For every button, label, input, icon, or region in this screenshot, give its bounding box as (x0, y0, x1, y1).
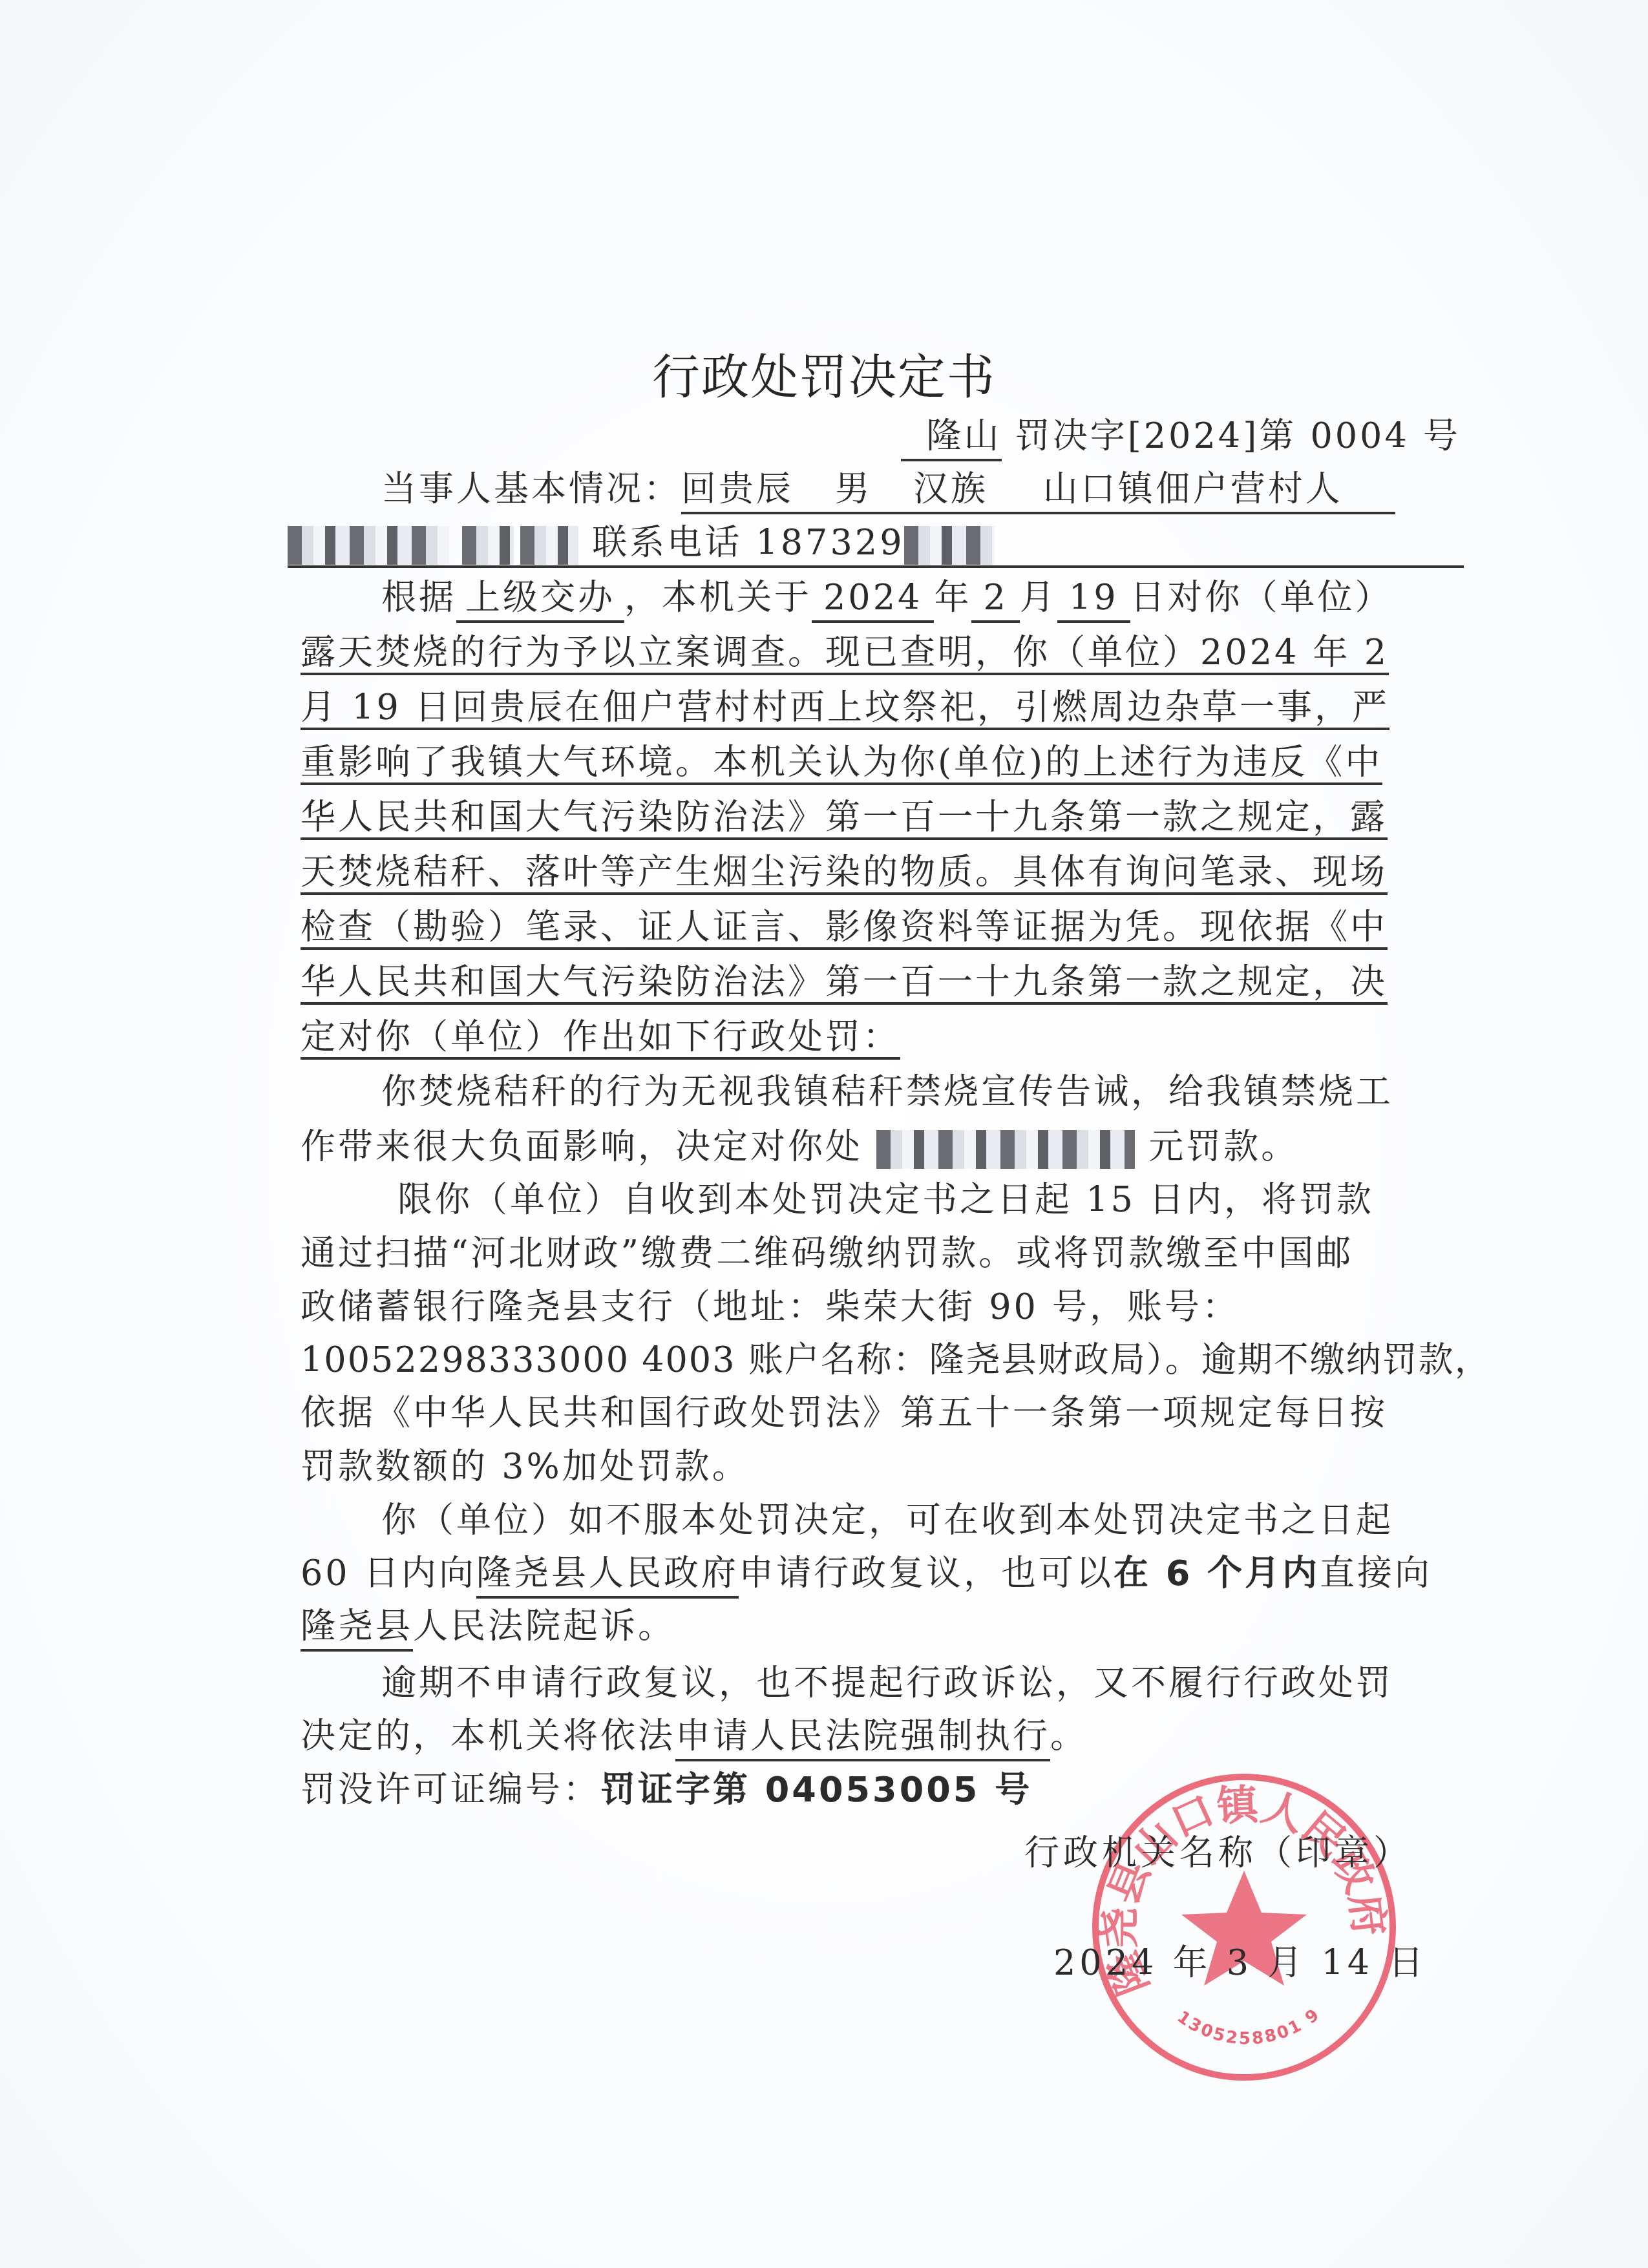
redacted-id-2 (462, 526, 514, 565)
doc-number-rest: 罚决字[2024]第 0004 号 (1015, 415, 1461, 456)
phone-label: 联系电话 (592, 522, 742, 563)
para1-line4: 重影响了我镇大气环境。本机关认为你(单位)的上述行为违反《中 (301, 740, 1464, 785)
party-label: 当事人基本情况： (381, 468, 681, 509)
party-info: 当事人基本情况：回贵辰 男 汉族 山口镇佃户营村人 (381, 467, 1467, 514)
fine-suffix: 元罚款。 (1148, 1126, 1298, 1167)
review-text: 申请行政复议，也可以 (739, 1553, 1114, 1593)
para2-line2: 作带来很大负面影响，决定对你处 元罚款。 (301, 1124, 1464, 1170)
redacted-id (288, 526, 449, 565)
month-label: 月 (1020, 577, 1057, 618)
para5-line1: 逾期不申请行政复议，也不提起行政诉讼，又不履行行政处罚 (381, 1661, 1545, 1706)
para3-line4: 10052298333000 4003 账户名称：隆尧县财政局）。逾期不缴纳罚款… (301, 1338, 1464, 1383)
enforcement-end: 。 (1050, 1716, 1088, 1756)
para1-text: 定对你（单位）作出如下行政处罚： (301, 1016, 900, 1060)
document-page: 行政处罚决定书 隆山 罚决字[2024]第 0004 号 当事人基本情况：回贵辰… (0, 0, 1648, 2268)
party-gender: 男 (835, 468, 872, 509)
para1-line7: 检查（勘验）笔录、证人证言、影像资料等证据为凭。现依据《中 (301, 905, 1464, 950)
court-county: 隆尧县 (301, 1604, 413, 1652)
para1-text: 天焚烧秸秆、落叶等产生烟尘污染的物质。具体有询问笔录、现场 (301, 852, 1388, 895)
para1-line1: 根据上级交办，本机关于2024年2月19日对你（单位） (381, 575, 1545, 623)
para3-line1: 限你（单位）自收到本处罚决定书之日起 15 日内，将罚款 (397, 1177, 1561, 1223)
redacted-fine-amount (876, 1130, 1135, 1169)
review-days: 60 日内向 (301, 1553, 476, 1593)
fine-intro: 作带来很大负面影响，决定对你处 (301, 1126, 863, 1167)
para3-line6: 罚款数额的 3%加处罚款。 (301, 1444, 1464, 1489)
para1-line8: 华人民共和国大气污染防治法》第一百一十九条第一款之规定，决 (301, 960, 1464, 1005)
para1-line9: 定对你（单位）作出如下行政处罚： (301, 1014, 1464, 1060)
para1-text: 露天焚烧的行为予以立案调查。现已查明，你（单位）2024 年 2 (301, 632, 1389, 675)
doc-number-prefix: 隆山 (901, 414, 1002, 461)
lawsuit-text: 直接向 (1320, 1553, 1432, 1593)
para4-line3: 隆尧县人民法院起诉。 (301, 1604, 1464, 1652)
authority-label: 行政机关名称（印章） (1024, 1825, 1412, 1875)
court-text: 人民法院起诉。 (413, 1606, 675, 1646)
seal-star-icon: 隆尧县山口镇人民政府 1305258801 92 (1092, 1774, 1396, 2081)
para1-text: 华人民共和国大气污染防治法》第一百一十九条第一款之规定，露 (301, 797, 1388, 840)
party-details: 回贵辰 男 汉族 山口镇佃户营村人 (681, 467, 1395, 514)
redacted-phone (904, 526, 995, 565)
para4-line2: 60 日内向隆尧县人民政府申请行政复议，也可以在 6 个月内直接向 (301, 1551, 1464, 1599)
case-month: 2 (971, 575, 1019, 623)
para1-line5: 华人民共和国大气污染防治法》第一百一十九条第一款之规定，露 (301, 795, 1464, 840)
para1-text: 华人民共和国大气污染防治法》第一百一十九条第一款之规定，决 (301, 961, 1388, 1005)
phone-visible: 187329 (755, 522, 904, 563)
para3-line2: 通过扫描“河北财政”缴费二维码缴纳罚款。或将罚款缴至中国邮 (301, 1231, 1464, 1276)
para1-intro: 根据 (381, 577, 456, 618)
document-number: 隆山 罚决字[2024]第 0004 号 (840, 414, 1461, 461)
case-year: 2024 (812, 575, 934, 623)
para1-line3: 月 19 日回贵辰在佃户营村村西上坟祭祀，引燃周边杂草一事，严 (301, 685, 1464, 730)
review-authority: 隆尧县人民政府 (476, 1551, 739, 1599)
day-label: 日对你（单位） (1130, 577, 1393, 618)
para1-text: 月 19 日回贵辰在佃户营村村西上坟祭祀，引燃周边杂草一事，严 (301, 687, 1389, 730)
party-contact: 联系电话 187329 (288, 520, 1464, 568)
decision-date: 2024 年 3 月 14 日 (1053, 1935, 1427, 1985)
party-ethnicity: 汉族 (913, 468, 988, 509)
permit-value: 罚证字第 04053005 号 (600, 1769, 1032, 1810)
case-source: 上级交办 (456, 575, 624, 623)
para1-line2: 露天焚烧的行为予以立案调查。现已查明，你（单位）2024 年 2 (301, 630, 1464, 675)
para2-line1: 你焚烧秸秆的行为无视我镇秸秆禁烧宣传告诫，给我镇禁烧工 (381, 1069, 1545, 1115)
party-residence: 山口镇佃户营村人 (1043, 468, 1343, 509)
official-seal: 隆尧县山口镇人民政府 1305258801 92 (1092, 1774, 1396, 2081)
party-name: 回贵辰 (681, 468, 794, 509)
para3-line3: 政储蓄银行隆尧县支行（地址：柴荣大街 90 号，账号： (301, 1285, 1464, 1330)
enforcement-intro: 决定的，本机关将依法 (301, 1716, 675, 1756)
lawsuit-period: 在 6 个月内 (1114, 1553, 1320, 1593)
redacted-id-3 (520, 526, 578, 565)
year-label: 年 (934, 577, 971, 618)
para1-intro-2: ，本机关于 (624, 577, 812, 618)
document-title: 行政处罚决定书 (0, 339, 1648, 408)
para4-line1: 你（单位）如不服本处罚决定，可在收到本处罚决定书之日起 (381, 1498, 1545, 1543)
para5-line2: 决定的，本机关将依法申请人民法院强制执行。 (301, 1714, 1464, 1761)
case-day: 19 (1057, 575, 1130, 623)
para1-text: 重影响了我镇大气环境。本机关认为你(单位)的上述行为违反《中 (301, 742, 1382, 785)
enforcement-action: 申请人民法院强制执行 (675, 1714, 1050, 1761)
para1-text: 检查（勘验）笔录、证人证言、影像资料等证据为凭。现依据《中 (301, 907, 1388, 950)
permit-label: 罚没许可证编号： (301, 1769, 600, 1810)
para1-line6: 天焚烧秸秆、落叶等产生烟尘污染的物质。具体有询问笔录、现场 (301, 850, 1464, 895)
para3-line5: 依据《中华人民共和国行政处罚法》第五十一条第一项规定每日按 (301, 1391, 1464, 1436)
